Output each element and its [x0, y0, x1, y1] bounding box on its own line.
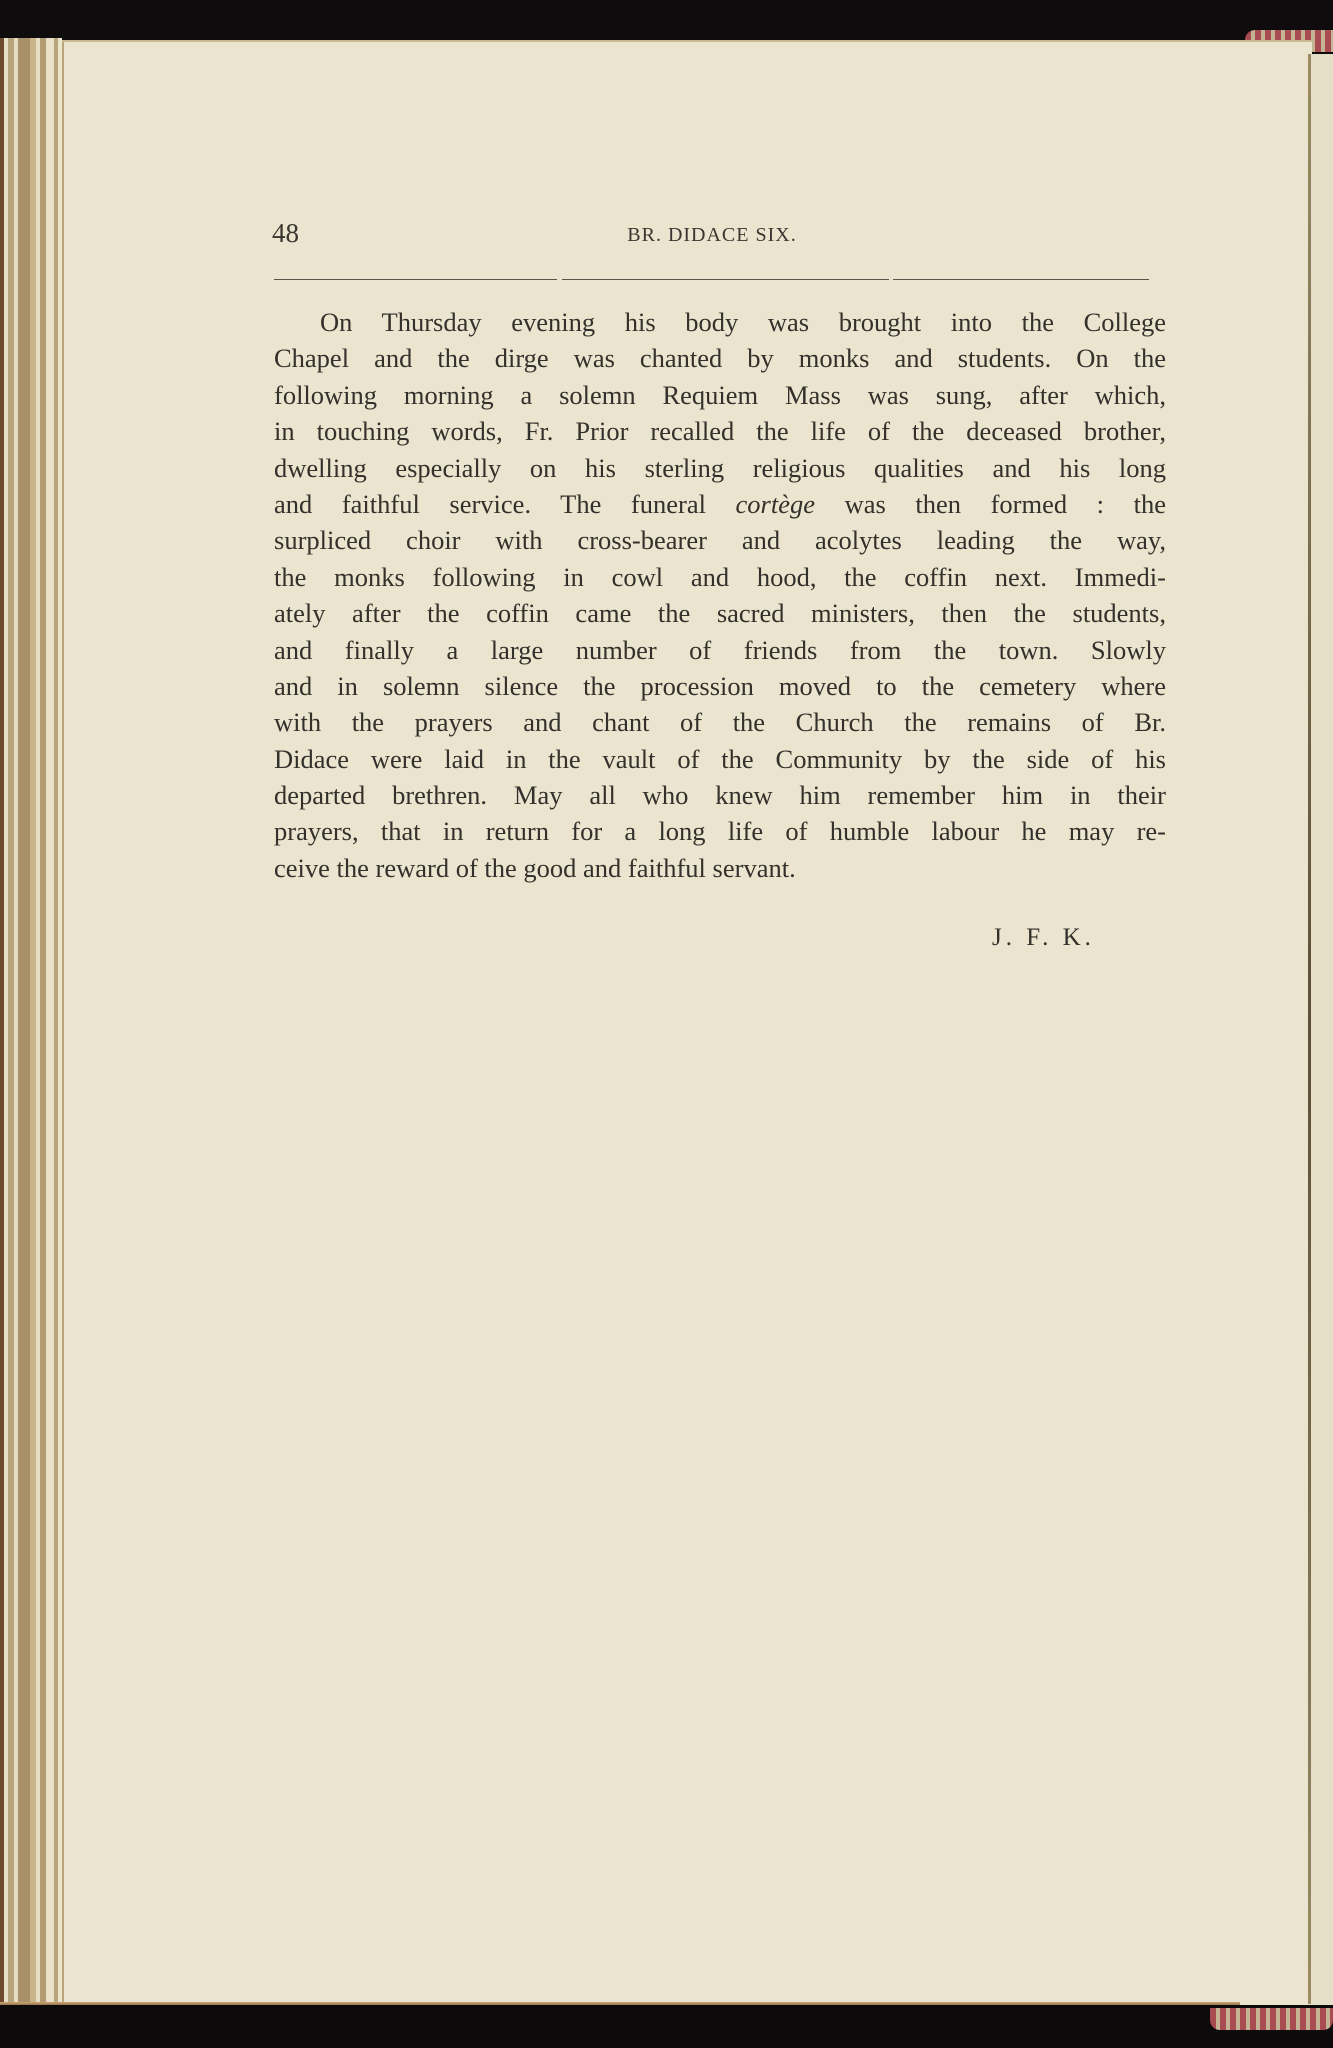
text-line: prayers, that in return for a long life …: [274, 813, 1166, 849]
scan-background-top: [0, 0, 1333, 40]
text-line: On Thursday evening his body was brought…: [274, 304, 1166, 340]
body-paragraph: On Thursday evening his body was brought…: [274, 304, 1166, 886]
text-line: dwelling especially on his sterling reli…: [274, 450, 1166, 486]
text-line: departed brethren. May all who knew him …: [274, 777, 1166, 813]
facing-page-edge: [1311, 54, 1333, 2009]
italic-word: cortège: [736, 489, 815, 519]
page-header: 48 BR. DIDACE SIX.: [272, 218, 1152, 258]
text-line: and finally a large number of friends fr…: [274, 632, 1166, 668]
gutter-shadow: [1308, 54, 1311, 2004]
text-line: following morning a solemn Requiem Mass …: [274, 377, 1166, 413]
author-initials: J. F. K.: [992, 924, 1095, 952]
page-edges-stack: [0, 38, 62, 2008]
text-line: with the prayers and chant of the Church…: [274, 704, 1166, 740]
text-line: Didace were laid in the vault of the Com…: [274, 741, 1166, 777]
header-rule: [893, 279, 1149, 280]
scan-background-bottom: [0, 2005, 1333, 2048]
text-line-italic: and faithful service. The funeral cortèg…: [274, 486, 1166, 522]
headband-bottom: [1210, 2008, 1333, 2030]
text-line: and in solemn silence the procession mov…: [274, 668, 1166, 704]
text-line: the monks following in cowl and hood, th…: [274, 559, 1166, 595]
text-line: in touching words, Fr. Prior recalled th…: [274, 413, 1166, 449]
text-line: ately after the coffin came the sacred m…: [274, 595, 1166, 631]
header-rule: [274, 279, 557, 280]
running-head: BR. DIDACE SIX.: [272, 224, 1152, 247]
text-line: surpliced choir with cross-bearer and ac…: [274, 522, 1166, 558]
text-line: Chapel and the dirge was chanted by monk…: [274, 340, 1166, 376]
text-line: ceive the reward of the good and faithfu…: [274, 850, 1166, 886]
header-rule: [562, 279, 889, 280]
